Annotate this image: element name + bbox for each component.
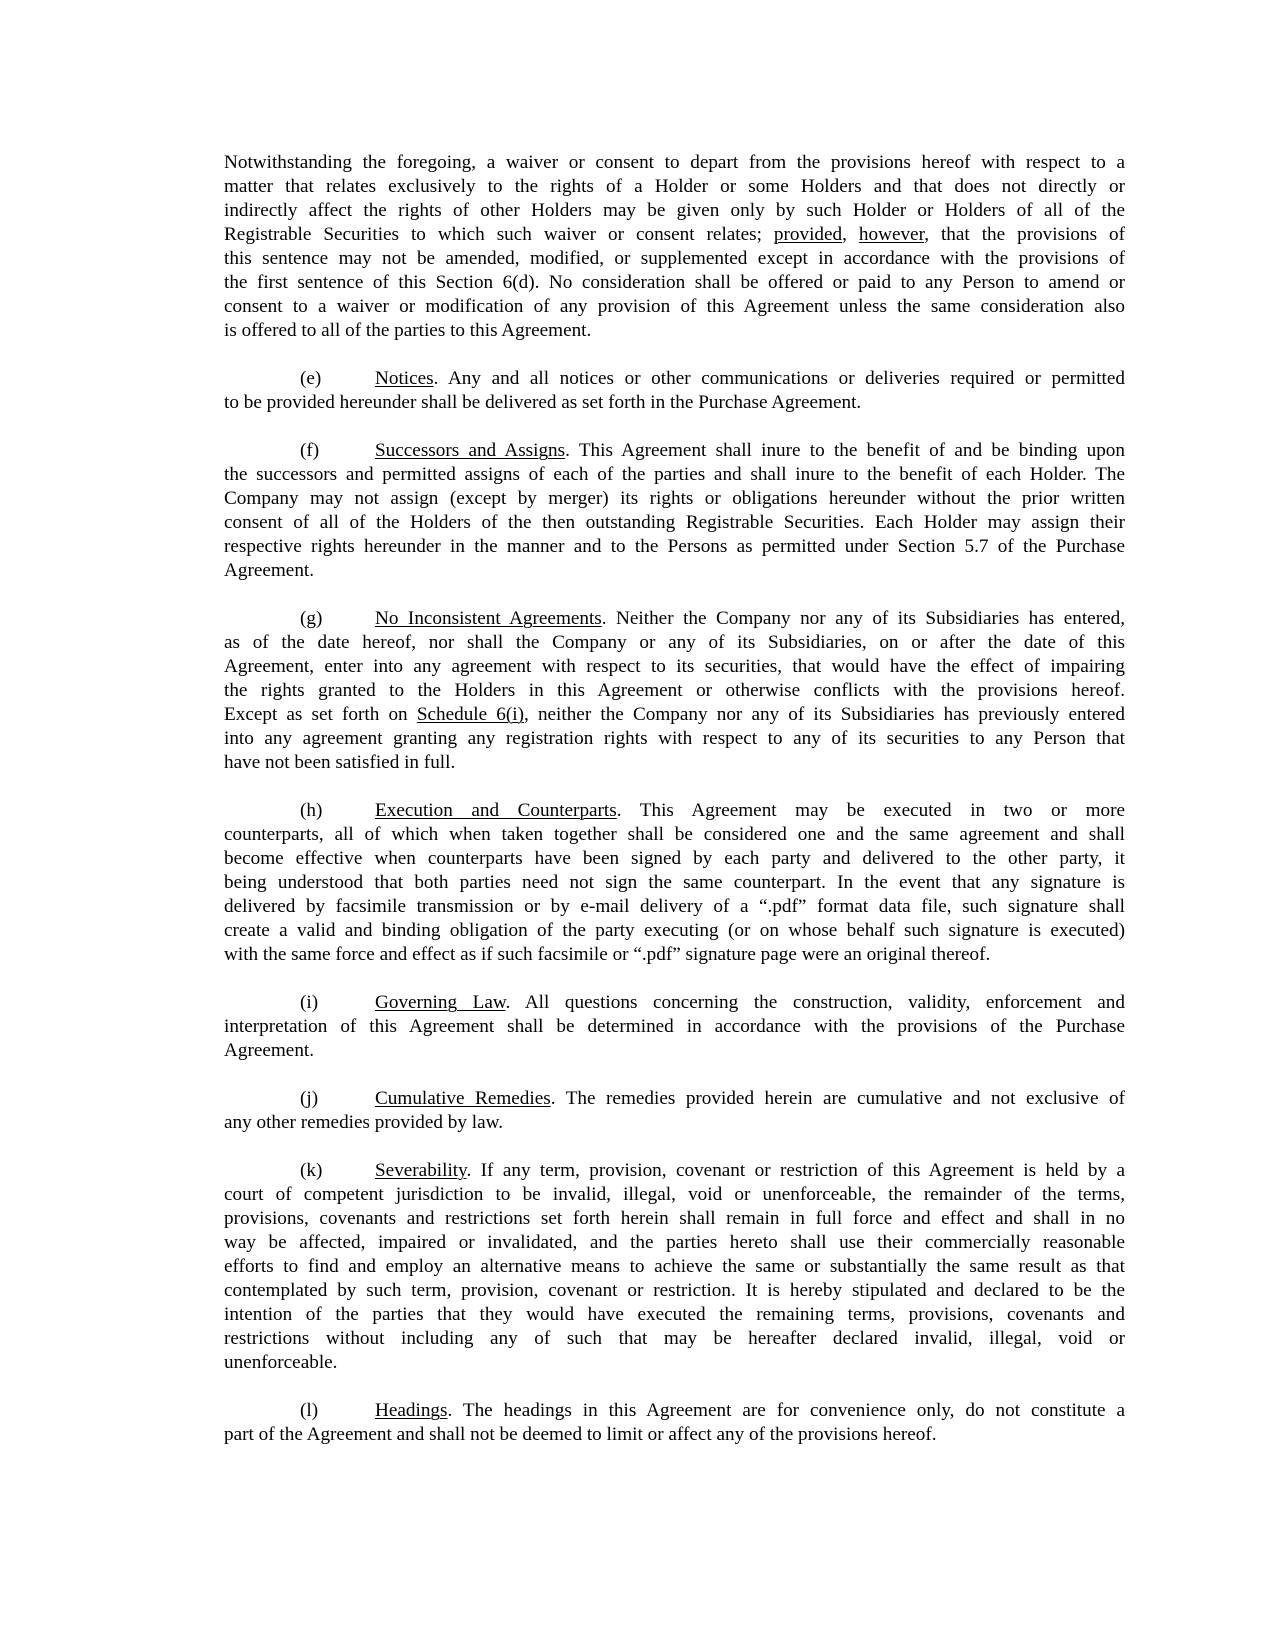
text-line: Agreement.: [224, 559, 1125, 583]
text-line: interpretation of this Agreement shall b…: [224, 1015, 1125, 1039]
emphasis-provided: provided: [774, 224, 842, 245]
section-l-headings: (l)Headings. The headings in this Agreem…: [224, 1399, 1125, 1447]
text-line: into any agreement granting any registra…: [224, 727, 1125, 751]
text-line: delivered by facsimile transmission or b…: [224, 895, 1125, 919]
text-line: intention of the parties that they would…: [224, 1303, 1125, 1327]
section-heading: Cumulative Remedies: [375, 1088, 551, 1109]
section-first-line: (e)Notices. Any and all notices or other…: [224, 367, 1125, 391]
text-line: being understood that both parties need …: [224, 871, 1125, 895]
text-line: respective rights hereunder in the manne…: [224, 535, 1125, 559]
section-first-line: (l)Headings. The headings in this Agreem…: [224, 1399, 1125, 1423]
section-heading: No Inconsistent Agreements: [375, 608, 602, 629]
text-line: with the same force and effect as if suc…: [224, 943, 1125, 967]
section-first-line: (h)Execution and Counterparts. This Agre…: [224, 799, 1125, 823]
section-marker: (f): [300, 439, 375, 463]
text-fragment: . If any term, provision, covenant or re…: [466, 1160, 1125, 1181]
section-i-governing-law: (i)Governing Law. All questions concerni…: [224, 991, 1125, 1063]
text-line: indirectly affect the rights of other Ho…: [224, 199, 1125, 223]
section-marker: (j): [300, 1087, 375, 1111]
text-line: consent of all of the Holders of the the…: [224, 511, 1125, 535]
text-line: consent to a waiver or modification of a…: [224, 295, 1125, 319]
section-marker: (g): [300, 607, 375, 631]
text-fragment: . All questions concerning the construct…: [506, 992, 1126, 1013]
text-line: to be provided hereunder shall be delive…: [224, 391, 1125, 415]
text-line: Agreement, enter into any agreement with…: [224, 655, 1125, 679]
section-first-line: (j)Cumulative Remedies. The remedies pro…: [224, 1087, 1125, 1111]
text-line: as of the date hereof, nor shall the Com…: [224, 631, 1125, 655]
section-first-line: (i)Governing Law. All questions concerni…: [224, 991, 1125, 1015]
section-heading: Notices: [375, 368, 434, 389]
text-fragment: . Neither the Company nor any of its Sub…: [602, 608, 1125, 629]
text-fragment: Except as set forth on: [224, 704, 417, 725]
section-marker: (l): [300, 1399, 375, 1423]
text-line: Except as set forth on Schedule 6(i), ne…: [224, 703, 1125, 727]
emphasis-however: however: [859, 224, 924, 245]
section-marker: (k): [300, 1159, 375, 1183]
text-line: become effective when counterparts have …: [224, 847, 1125, 871]
text-line: Agreement.: [224, 1039, 1125, 1063]
text-line: this sentence may not be amended, modifi…: [224, 247, 1125, 271]
text-line: unenforceable.: [224, 1351, 1125, 1375]
section-first-line: (g)No Inconsistent Agreements. Neither t…: [224, 607, 1125, 631]
section-h-execution-and-counterparts: (h)Execution and Counterparts. This Agre…: [224, 799, 1125, 967]
text-line: is offered to all of the parties to this…: [224, 319, 1125, 343]
text-line: part of the Agreement and shall not be d…: [224, 1423, 1125, 1447]
section-marker: (i): [300, 991, 375, 1015]
text-line: provisions, covenants and restrictions s…: [224, 1207, 1125, 1231]
text-fragment: . This Agreement may be executed in two …: [617, 800, 1125, 821]
text-line: contemplated by such term, provision, co…: [224, 1279, 1125, 1303]
text-line: matter that relates exclusively to the r…: [224, 175, 1125, 199]
text-fragment: . The headings in this Agreement are for…: [447, 1400, 1125, 1421]
text-fragment: . The remedies provided herein are cumul…: [551, 1088, 1125, 1109]
section-heading: Execution and Counterparts: [375, 800, 617, 821]
text-line: Notwithstanding the foregoing, a waiver …: [224, 151, 1125, 175]
text-line: restrictions without including any of su…: [224, 1327, 1125, 1351]
section-heading: Successors and Assigns: [375, 440, 565, 461]
text-line: counterparts, all of which when taken to…: [224, 823, 1125, 847]
text-fragment: Registrable Securities to which such wai…: [224, 224, 774, 245]
text-line: the rights granted to the Holders in thi…: [224, 679, 1125, 703]
text-fragment: ,: [842, 224, 859, 245]
document-page: Notwithstanding the foregoing, a waiver …: [224, 151, 1125, 1471]
section-marker: (h): [300, 799, 375, 823]
text-line: Company may not assign (except by merger…: [224, 487, 1125, 511]
schedule-reference: Schedule 6(i): [417, 704, 524, 725]
text-line: any other remedies provided by law.: [224, 1111, 1125, 1135]
text-line: court of competent jurisdiction to be in…: [224, 1183, 1125, 1207]
section-g-no-inconsistent-agreements: (g)No Inconsistent Agreements. Neither t…: [224, 607, 1125, 775]
text-fragment: , that the provisions of: [924, 224, 1125, 245]
section-e-notices: (e)Notices. Any and all notices or other…: [224, 367, 1125, 415]
section-marker: (e): [300, 367, 375, 391]
text-line: create a valid and binding obligation of…: [224, 919, 1125, 943]
text-fragment: . This Agreement shall inure to the bene…: [565, 440, 1125, 461]
section-first-line: (k)Severability. If any term, provision,…: [224, 1159, 1125, 1183]
section-k-severability: (k)Severability. If any term, provision,…: [224, 1159, 1125, 1375]
text-line: efforts to find and employ an alternativ…: [224, 1255, 1125, 1279]
text-fragment: , neither the Company nor any of its Sub…: [524, 704, 1125, 725]
text-line: Registrable Securities to which such wai…: [224, 223, 1125, 247]
section-heading: Governing Law: [375, 992, 506, 1013]
section-heading: Headings: [375, 1400, 447, 1421]
text-line: the successors and permitted assigns of …: [224, 463, 1125, 487]
paragraph-waiver-consent: Notwithstanding the foregoing, a waiver …: [224, 151, 1125, 343]
section-heading: Severability: [375, 1160, 466, 1181]
text-line: the first sentence of this Section 6(d).…: [224, 271, 1125, 295]
text-fragment: . Any and all notices or other communica…: [434, 368, 1125, 389]
section-f-successors-and-assigns: (f)Successors and Assigns. This Agreemen…: [224, 439, 1125, 583]
section-first-line: (f)Successors and Assigns. This Agreemen…: [224, 439, 1125, 463]
section-j-cumulative-remedies: (j)Cumulative Remedies. The remedies pro…: [224, 1087, 1125, 1135]
text-line: have not been satisfied in full.: [224, 751, 1125, 775]
text-line: way be affected, impaired or invalidated…: [224, 1231, 1125, 1255]
